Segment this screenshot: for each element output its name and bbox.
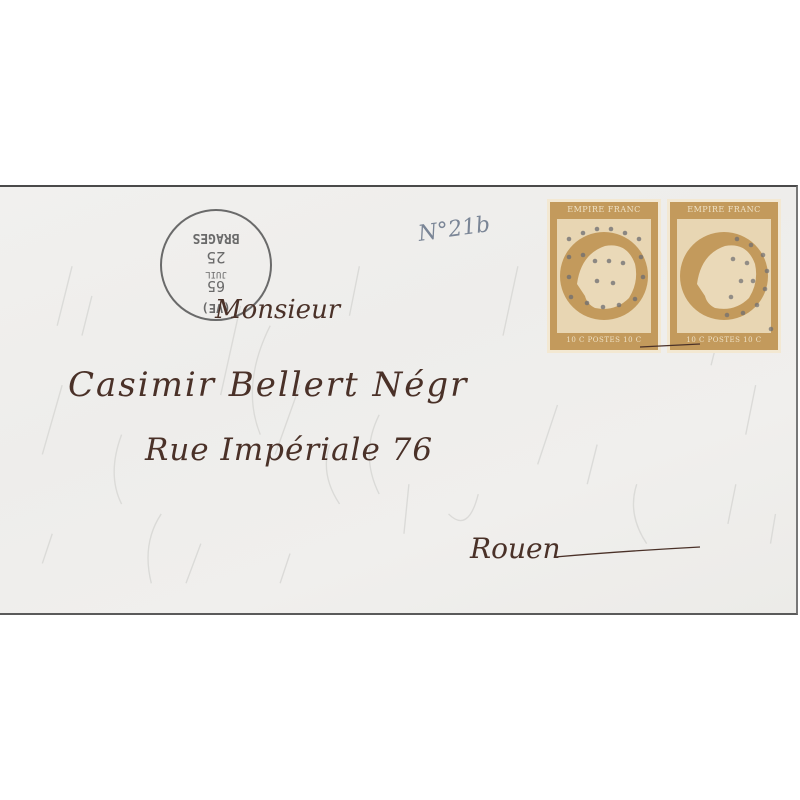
letter-cover: BRAGES 25 JUIL 65 (VE) N°21b EMPIRE FRAN… — [0, 185, 798, 615]
address-underlines — [0, 187, 798, 617]
